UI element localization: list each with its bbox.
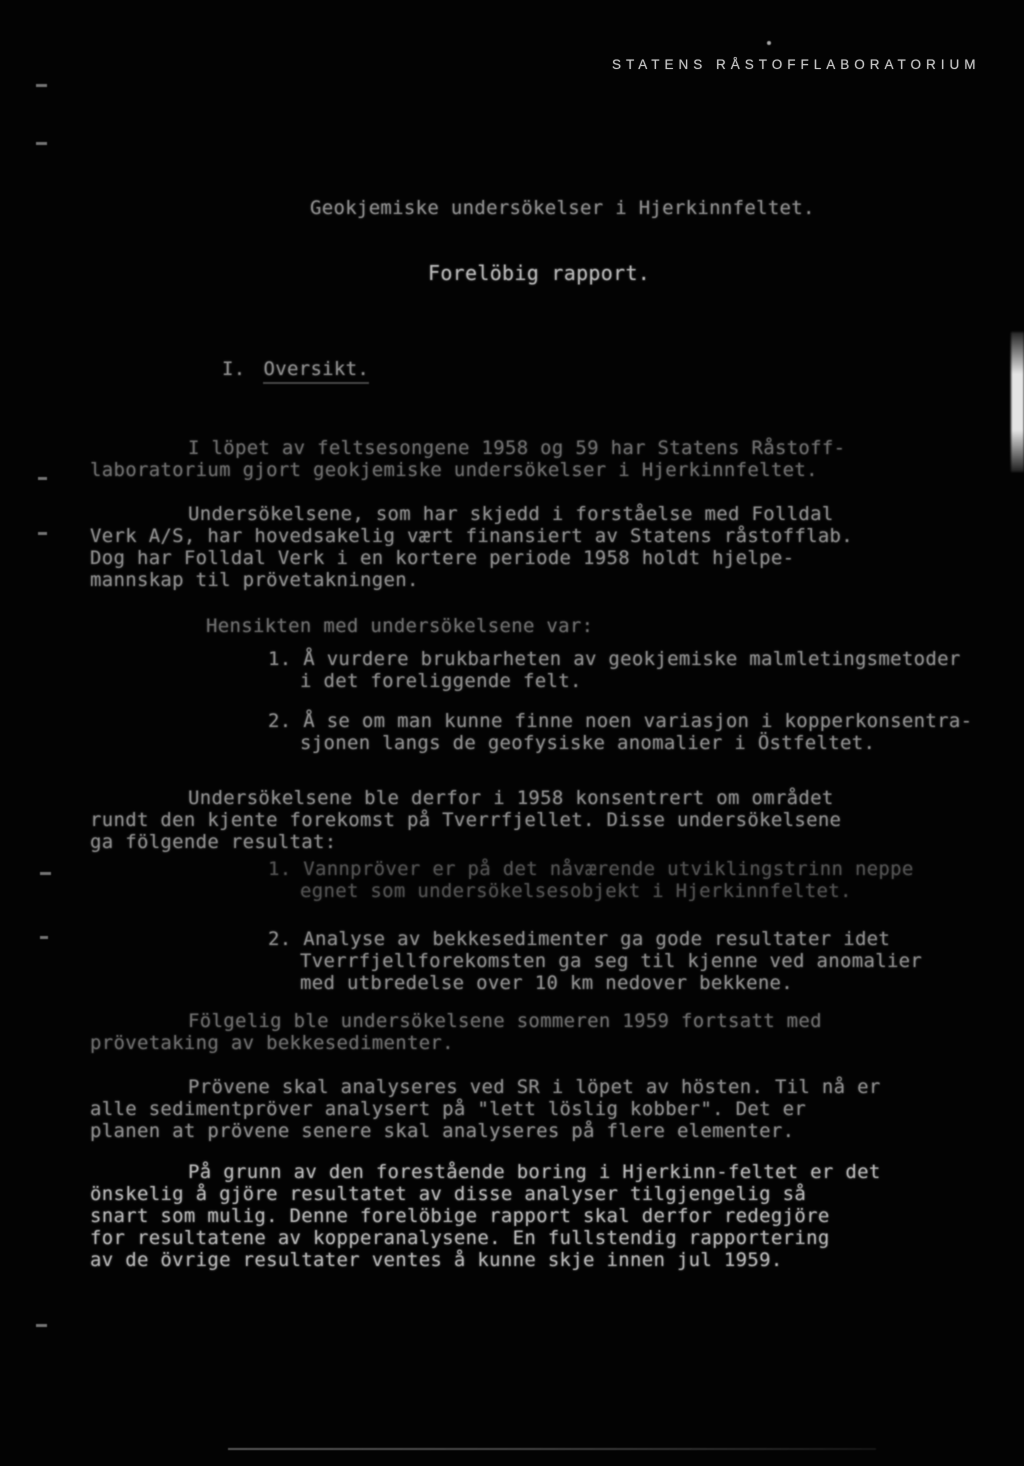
- scan-mark: [38, 532, 47, 535]
- scan-edge-artifact: [1011, 332, 1024, 472]
- section-heading-text: Oversikt.: [263, 358, 369, 384]
- document-subtitle: Forelöbig rapport.: [428, 262, 650, 284]
- list-item-result-2: 2. Analyse av bekkesedimenter ga gode re…: [90, 928, 1024, 994]
- paragraph-analysis: Prövene skal analyseres ved SR i löpet a…: [90, 1076, 956, 1142]
- list-item-aim-2: 2. Å se om man kunne finne noen variasjo…: [90, 710, 1024, 754]
- paragraph-funding: Undersökelsene, som har skjedd i forståe…: [90, 503, 956, 591]
- scan-mark: [40, 936, 48, 939]
- list-item-aim-1: 1. Å vurdere brukbarheten av geokjemiske…: [90, 648, 1024, 692]
- list-item-result-1: 1. Vannpröver er på det nåværende utvikl…: [90, 858, 1024, 902]
- paragraph-continuation: Fölgelig ble undersökelsene sommeren 195…: [90, 1010, 956, 1054]
- section-heading: I.Oversikt.: [222, 358, 369, 380]
- section-numeral: I.: [222, 358, 245, 380]
- paragraph-focus: Undersökelsene ble derfor i 1958 konsent…: [90, 787, 956, 853]
- paragraph-purpose-lead: Hensikten med undersökelsene var:: [90, 615, 956, 637]
- paragraph-intro: I löpet av feltsesongene 1958 og 59 har …: [90, 437, 956, 481]
- document-title: Geokjemiske undersökelser i Hjerkinnfelt…: [310, 197, 815, 219]
- letterhead: STATENS RÅSTOFFLABORATORIUM: [612, 57, 981, 72]
- scanned-report-page: STATENS RÅSTOFFLABORATORIUM Geokjemiske …: [0, 0, 1024, 1466]
- scan-mark: [36, 84, 47, 87]
- scan-mark: [40, 872, 51, 875]
- scan-mark: [38, 477, 47, 480]
- paragraph-closing: På grunn av den forestående boring i Hje…: [90, 1161, 956, 1271]
- scan-speck: [767, 41, 771, 45]
- scan-mark: [36, 142, 47, 145]
- scan-bottom-line-artifact: [228, 1448, 876, 1450]
- scan-mark: [36, 1324, 47, 1327]
